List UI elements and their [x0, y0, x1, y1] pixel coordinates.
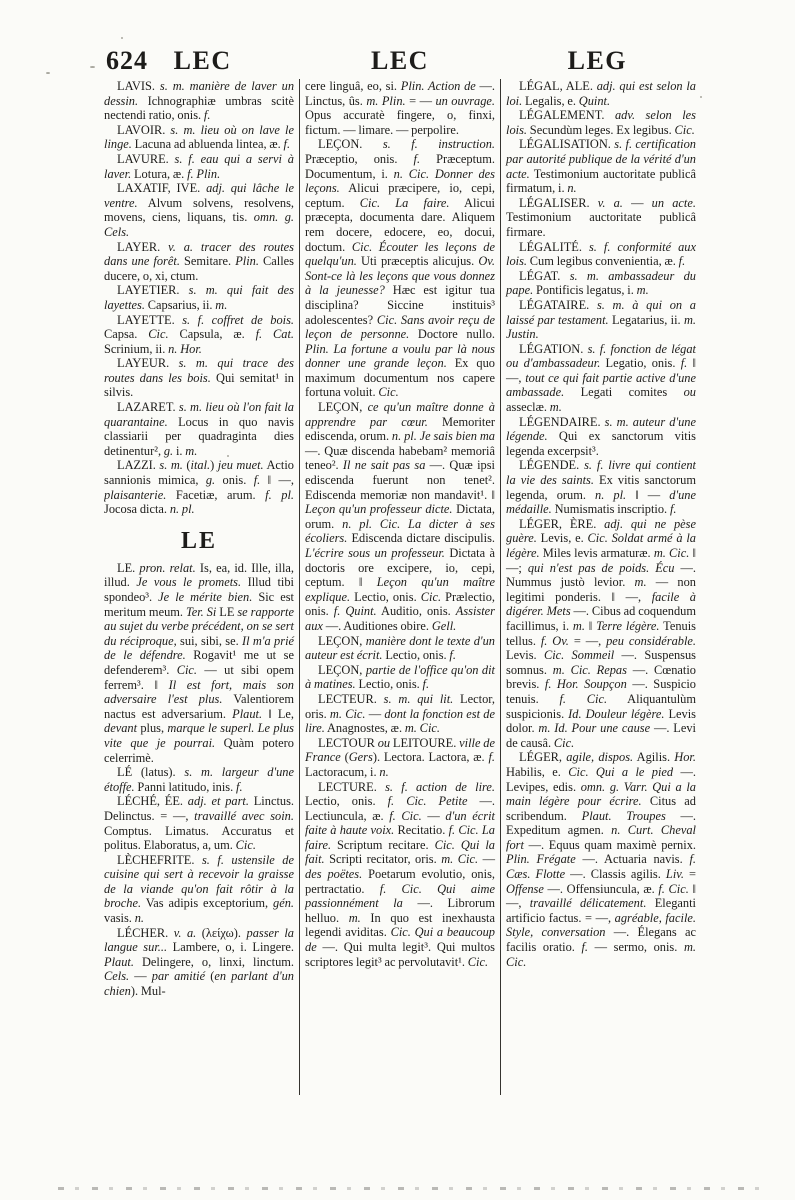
page-content: 624 LEC LEC LEG LAVIS. s. m. manière de … — [104, 48, 696, 1095]
dictionary-entry: LECTEUR. s. m. qui lit. Lector, oris. m.… — [305, 692, 495, 736]
column-3: LÉGAL, ALE. adj. qui est selon la loi. L… — [501, 79, 696, 1095]
dictionary-entry: LEÇON. s. f. instruction. Præceptio, oni… — [305, 137, 495, 400]
dictionary-entry: LAVOIR. s. m. lieu où on lave le linge. … — [104, 123, 294, 152]
dictionary-entry: LECTOUR ou LEITOURE. ville de France (Ge… — [305, 736, 495, 780]
dictionary-entry: LEÇON, ce qu'un maître donne à apprendre… — [305, 400, 495, 634]
dictionary-entry: LÉGAL, ALE. adj. qui est selon la loi. L… — [506, 79, 696, 108]
dictionary-entry: LÉCHÉ, ÉE. adj. et part. Linctus. Delinc… — [104, 794, 294, 852]
dictionary-entry: LAVURE. s. f. eau qui a servi à laver. L… — [104, 152, 294, 181]
scan-speck — [90, 66, 95, 68]
dictionary-entry: LÉ (latus). s. m. largeur d'une étoffe. … — [104, 765, 294, 794]
dictionary-entry: LÉGALITÉ. s. f. conformité aux lois. Cum… — [506, 240, 696, 269]
section-heading: LE — [104, 528, 294, 555]
dictionary-entry: LÈCHEFRITE. s. f. ustensile de cuisine q… — [104, 853, 294, 926]
header-cell-left: 624 LEC — [104, 48, 301, 76]
dictionary-entry: LAZARET. s. m. lieu où l'on fait la quar… — [104, 400, 294, 458]
scan-speck — [700, 96, 702, 98]
running-head-right: LEG — [568, 48, 627, 74]
running-head-left: LEC — [174, 48, 232, 74]
text-columns: LAVIS. s. m. manière de laver un dessin.… — [104, 79, 696, 1095]
scan-speck — [227, 455, 229, 457]
page-number: 624 — [106, 48, 148, 74]
dictionary-entry: LAYETIER. s. m. qui fait des layettes. C… — [104, 283, 294, 312]
scan-artifact-bottom-edge — [58, 1187, 760, 1190]
dictionary-entry: LÉCHER. v. a. (λείχω). passer la langue … — [104, 926, 294, 999]
dictionary-entry: LÉGALISER. v. a. — un acte. Testimonium … — [506, 196, 696, 240]
dictionary-entry: LÉGATION. s. f. fonction de légat ou d'a… — [506, 342, 696, 415]
dictionary-page: 624 LEC LEC LEG LAVIS. s. m. manière de … — [0, 0, 795, 1200]
dictionary-entry: LÉGATAIRE. s. m. à qui on a laissé par t… — [506, 298, 696, 342]
dictionary-entry: LAYEUR. s. m. qui trace des routes dans … — [104, 356, 294, 400]
dictionary-entry: LÉGER, agile, dispos. Agilis. Hor. Habil… — [506, 750, 696, 969]
scan-speck — [46, 72, 50, 74]
page-header: 624 LEC LEC LEG — [104, 48, 696, 76]
continuation-paragraph: cere linguâ, eo, si. Plin. Action de —. … — [305, 79, 495, 137]
dictionary-entry: LÉGALISATION. s. f. certification par au… — [506, 137, 696, 195]
header-cell-center: LEC — [301, 48, 498, 76]
dictionary-entry: LÉGENDAIRE. s. m. auteur d'une légende. … — [506, 415, 696, 459]
dictionary-entry: LECTURE. s. f. action de lire. Lectio, o… — [305, 780, 495, 970]
dictionary-entry: LE. pron. relat. Is, ea, id. Ille, illa,… — [104, 561, 294, 765]
dictionary-entry: LAVIS. s. m. manière de laver un dessin.… — [104, 79, 294, 123]
dictionary-entry: LAYETTE. s. f. coffret de bois. Capsa. C… — [104, 313, 294, 357]
header-cell-right: LEG — [499, 48, 696, 76]
dictionary-entry: LÉGALEMENT. adv. selon les lois. Secundù… — [506, 108, 696, 137]
dictionary-entry: LÉGER, ÈRE. adj. qui ne pèse guère. Levi… — [506, 517, 696, 751]
dictionary-entry: LÉGENDE. s. f. livre qui contient la vie… — [506, 458, 696, 516]
column-2: cere linguâ, eo, si. Plin. Action de —. … — [300, 79, 500, 1095]
dictionary-entry: LAXATIF, IVE. adj. qui lâche le ventre. … — [104, 181, 294, 239]
scan-speck — [121, 37, 123, 39]
dictionary-entry: LAYER. v. a. tracer des routes dans une … — [104, 240, 294, 284]
dictionary-entry: LÉGAT. s. m. ambassadeur du pape. Pontif… — [506, 269, 696, 298]
dictionary-entry: LEÇON, partie de l'office qu'on dit à ma… — [305, 663, 495, 692]
dictionary-entry: LEÇON, manière dont le texte d'un auteur… — [305, 634, 495, 663]
running-head-center: LEC — [371, 48, 429, 74]
column-1: LAVIS. s. m. manière de laver un dessin.… — [104, 79, 299, 1095]
dictionary-entry: LAZZI. s. m. (ital.) jeu muet. Actio san… — [104, 458, 294, 516]
